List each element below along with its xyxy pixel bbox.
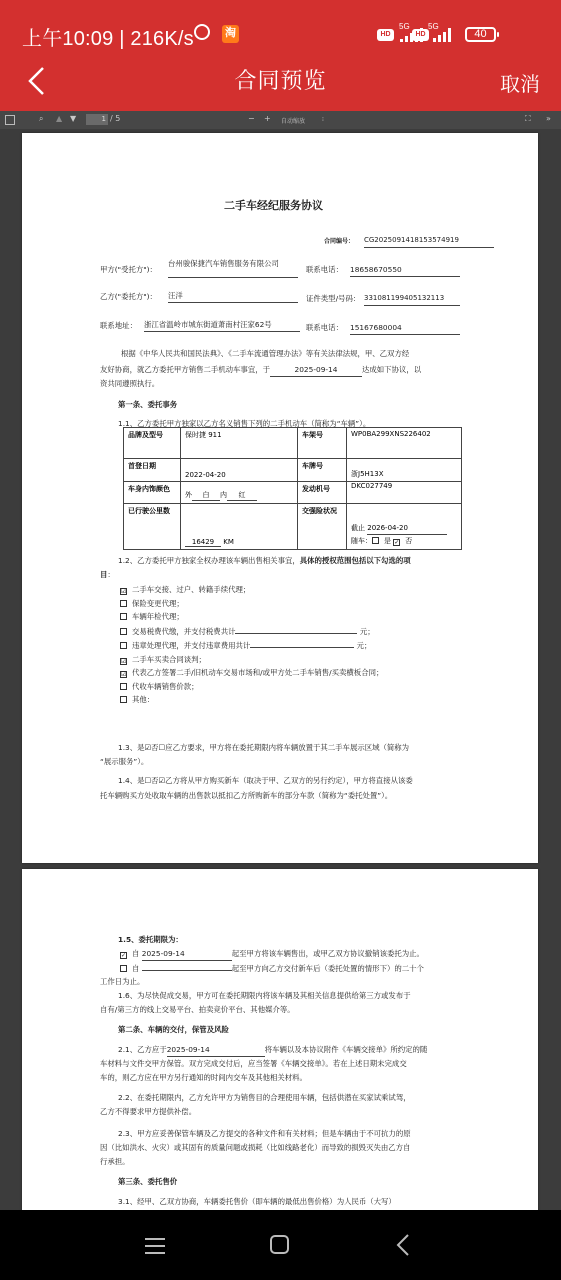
separator: | (119, 28, 124, 50)
with-car-yes-checkbox (372, 537, 379, 544)
engine-value: DKC027749 (347, 482, 462, 504)
from-label-2: 自 (132, 964, 139, 973)
clause-1-3-cont: “展示服务”）。 (100, 755, 148, 768)
term-option-2-checkbox (120, 965, 127, 972)
mileage-value: 16429 KM (181, 504, 298, 550)
term-option-2-text: 起至甲方向乙方交付新车后（委托处置的情形下）的二十个 (232, 964, 424, 973)
vin-label: 车架号 (298, 428, 347, 459)
page-number-input[interactable]: 1 (86, 114, 108, 125)
party-a-phone-label: 联系电话： (306, 263, 343, 276)
scope-item: 保险变更代理； (120, 597, 383, 611)
clause-2-1-text-end: 将车辆以及本协议附件《车辆交接单》所约定的随 (265, 1045, 428, 1054)
violation-amount-blank (250, 638, 354, 648)
engine-label: 发动机号 (298, 482, 347, 504)
scope-label: 保险变更代理； (132, 599, 184, 608)
scope-checkbox: ☑ (120, 658, 127, 665)
battery-icon: 40 (465, 27, 496, 42)
clause-1-5-title: 1.5、委托期限为： (118, 933, 183, 946)
insurance-value: 截止 2026-04-20 随车：是 ✓否 (347, 504, 462, 550)
pdf-page-1: 二手车经纪服务协议 合同编号： CG2025091418153574919 甲方… (22, 133, 538, 863)
scope-list: ☑二手车交接、过户、转籍手续代理； 保险变更代理； 车辆年检代理； 交易税费代缴… (120, 583, 383, 707)
clause-3-1: 3.1、经甲、乙双方协商，车辆委托售价（即车辆的最低出售价格）为人民币（大写） (118, 1195, 396, 1208)
scope-checkbox (120, 642, 127, 649)
scope-item: ☑二手车买卖合同谈判； (120, 653, 383, 667)
doc-title: 二手车经纪服务协议 (224, 199, 323, 212)
insurance-until: 2026-04-20 (367, 522, 447, 535)
intro-line-3: 资共同遵照执行。 (100, 377, 159, 390)
scope-label: 二手车买卖合同谈判； (132, 655, 206, 664)
mileage: 16429 (185, 538, 221, 547)
term-start-date: 2025-09-14 (142, 947, 232, 961)
reg-date-value: 2022-04-20 (181, 459, 298, 482)
party-b-id-label: 证件类型/号码： (306, 292, 360, 305)
vin-value: WP0BA299XNS226402 (347, 428, 462, 459)
alarm-icon (194, 24, 210, 40)
scope-item: ☑二手车交接、过户、转籍手续代理； (120, 583, 383, 597)
article-1-title: 第一条、委托事务 (118, 398, 177, 411)
term-option-2-cont: 工作日为止。 (100, 975, 144, 988)
scope-checkbox (120, 628, 127, 635)
cancel-button[interactable]: 取消 (500, 68, 540, 97)
with-car-no-checkbox: ✓ (393, 539, 400, 546)
scope-item: ☑代表乙方签署二手/旧机动车交易市场和/或甲方处二手车销售/买卖横板合同； (120, 666, 383, 680)
plate-label: 车牌号 (298, 459, 347, 482)
page-total: / 5 (110, 114, 120, 123)
net-speed: 216K/s (130, 28, 193, 50)
party-b-name: 汪洋 (168, 289, 298, 303)
clause-2-2: 2.2、在委托期限内，乙方允许甲方为销售目的合理使用车辆，包括供潜在买家试乘试驾… (118, 1091, 411, 1104)
brand-label: 品牌及型号 (124, 428, 181, 459)
until-label: 截止 (351, 524, 365, 532)
clause-2-3-line-2: 因（比如洪水、火灾）或其固有的质量问题或损耗（比如线路老化）而导致的损毁灭失由乙… (100, 1141, 410, 1154)
zoom-out-button[interactable]: − (248, 114, 255, 123)
int-color: 红 (227, 490, 257, 501)
status-time: 上午10:09 | 216K/s (22, 22, 194, 51)
contract-no-label: 合同编号： (324, 235, 354, 248)
tax-amount-blank (235, 624, 357, 634)
clause-2-2-cont: 乙方不得要求甲方提供补偿。 (100, 1105, 196, 1118)
vehicle-info-table: 品牌及型号 保时捷 911 车架号 WP0BA299XNS226402 首登日期… (123, 427, 462, 550)
intro-line-2: 友好协商，就乙方委托甲方销售二手机动车事宜，于2025-09-14达成如下协议，… (100, 363, 421, 377)
ext-prefix: 外 (185, 491, 192, 499)
contract-no: CG2025091418153574919 (364, 234, 494, 248)
scope-label: 代表乙方签署二手/旧机动车交易市场和/或甲方处二手车销售/买卖横板合同； (132, 668, 383, 677)
scope-checkbox (120, 600, 127, 607)
delivery-date: 2025-09-14 (167, 1043, 265, 1057)
yes-label: 是 (384, 537, 391, 545)
page-title: 合同预览 (0, 64, 561, 95)
clause-1-6-cont: 自有/第三方的线上交易平台、拍卖竞价平台、其他媒介等。 (100, 1003, 295, 1016)
scope-checkbox: ☑ (120, 588, 127, 595)
zoom-in-button[interactable]: + (264, 114, 271, 123)
app-header: 上午10:09 | 216K/s 淘 HD 5G HD 5G 40 合同预览 取… (0, 0, 561, 111)
clause-2-1-line-2: 车材料与文件交甲方保管。双方完成交付后，应当签署《车辆交接单》。若在上述日期未完… (100, 1057, 407, 1070)
term-option-1: ✓自 2025-09-14起至甲方将该车辆售出，或甲乙双方协议撤销该委托为止。 (120, 947, 424, 961)
taobao-app-icon: 淘 (222, 25, 239, 43)
search-icon[interactable]: ⌕ (39, 114, 43, 124)
scope-label: 其他： (132, 695, 154, 704)
clock: 上午10:09 (22, 28, 113, 50)
clause-1-4: 1.4、是☐否☑乙方将从甲方购买新车（取决于甲、乙双方的另行约定），甲方将直接从… (118, 774, 413, 787)
term-option-2: 自 起至甲方向乙方交付新车后（委托处置的情形下）的二十个 (120, 961, 424, 975)
hd-icon-2: HD (412, 29, 429, 41)
intro-text-end: 达成如下协议，以 (362, 365, 421, 374)
article-3-title: 第三条、委托售价 (118, 1175, 177, 1188)
insurance-label: 交强险状况 (298, 504, 347, 550)
clause-2-1-text: 2.1、乙方应于 (118, 1045, 167, 1054)
signal-icon-2 (433, 28, 451, 42)
scope-checkbox (120, 613, 127, 620)
intro-text: 友好协商，就乙方委托甲方销售二手机动车事宜，于 (100, 365, 270, 374)
party-b-id: 331081199405132113 (364, 292, 460, 306)
system-nav-bar (0, 1210, 561, 1280)
scope-label: 交易税费代缴，并支付税费共计 (132, 627, 235, 636)
clause-1-3: 1.3、是☑否☐应乙方要求，甲方将在委托期限内将车辆放置于其二手车展示区域（简称… (118, 741, 409, 754)
scope-label: 代收车辆销售价款； (132, 682, 199, 691)
clause-2-3: 2.3、甲方应妥善保管车辆及乙方提交的各种文件和有关材料；但是车辆由于不可抗力的… (118, 1127, 411, 1140)
sidebar-toggle-icon[interactable] (5, 115, 15, 125)
zoom-select[interactable]: 自动缩放 (281, 116, 305, 125)
brand-value: 保时捷 911 (181, 428, 298, 459)
pdf-viewer[interactable]: 二手车经纪服务协议 合同编号： CG2025091418153574919 甲方… (0, 129, 561, 1210)
party-a-phone: 18658670550 (350, 263, 460, 277)
scope-checkbox (120, 696, 127, 703)
party-b-phone: 15167680004 (350, 321, 460, 335)
more-tools-button[interactable]: » (546, 114, 551, 123)
clause-1-6: 1.6、为尽快促成交易，甲方可在委托期限内将该车辆及其相关信息提供给第三方或发布… (118, 989, 411, 1002)
with-car-label: 随车： (351, 537, 372, 545)
pdf-toolbar: ⌕ ▲ ▼ 1 / 5 − + 自动缩放 ⁝ ⛶ » (0, 111, 561, 130)
scope-item: 交易税费代缴，并支付税费共计 元； (120, 624, 383, 639)
party-a-name: 台州骏保捷汽车销售服务有限公司 (168, 259, 298, 278)
mileage-label: 已行驶公里数 (124, 504, 181, 550)
hd-icon: HD (377, 29, 394, 41)
clause-2-3-line-3: 行承担。 (100, 1155, 130, 1168)
mileage-unit: KM (223, 538, 234, 546)
battery-tip (497, 32, 499, 37)
reg-date-label: 首登日期 (124, 459, 181, 482)
address-label: 联系地址： (100, 319, 137, 332)
scope-checkbox (120, 683, 127, 690)
plate-value: 浙J5H13X (347, 459, 462, 482)
clause-1-2: 1.2、乙方委托甲方独家全权办理该车辆出售相关事宜，具体的授权范围包括以下勾选的… (118, 554, 411, 567)
intro-line-1: 根据《中华人民共和国民法典》、《二手车流通管理办法》等有关法律法规，甲、乙双方经 (121, 347, 409, 360)
party-a-label: 甲方("受托方")： (100, 263, 157, 276)
scope-item: 违章处理代理，并支付违章费用共计 元； (120, 638, 383, 653)
term-start-date-blank (142, 961, 232, 971)
agreement-date: 2025-09-14 (270, 363, 362, 377)
scope-suffix: 元； (360, 627, 375, 636)
clause-1-2-text: 1.2、乙方委托甲方独家全权办理该车辆出售相关事宜， (118, 556, 300, 565)
clause-2-1-line-3: 车的，则乙方应在甲方另行通知的时间内交车及其他相关材料。 (100, 1071, 307, 1084)
next-page-icon[interactable]: ▼ (70, 114, 76, 123)
clause-1-2-bold: 具体的授权范围包括以下勾选的项 (300, 556, 411, 565)
scope-label: 车辆年检代理； (132, 612, 184, 621)
scope-label: 违章处理代理，并支付违章费用共计 (132, 641, 250, 650)
zoom-select-arrow-icon[interactable]: ⁝ (322, 116, 324, 123)
clause-1-2-cont: 目： (100, 568, 115, 581)
menu-icon[interactable] (145, 1238, 165, 1254)
article-2-title: 第二条、车辆的交付，保管及风险 (118, 1023, 229, 1036)
ext-color: 白 (192, 490, 220, 501)
clause-1-4-cont: 托车辆购买方处收取车辆的出售款以抵扣乙方所购新车的部分车款（简称为“委托处置”）… (100, 789, 392, 802)
presentation-mode-icon[interactable]: ⛶ (525, 114, 531, 124)
party-b-label: 乙方("委托方")： (100, 290, 157, 303)
clause-2-1: 2.1、乙方应于2025-09-14将车辆以及本协议附件《车辆交接单》所约定的随 (118, 1043, 427, 1057)
home-icon[interactable] (270, 1235, 289, 1254)
color-value: 外白内红 (181, 482, 298, 504)
term-option-1-checkbox: ✓ (120, 952, 127, 959)
scope-item: 车辆年检代理； (120, 610, 383, 624)
term-option-1-text: 起至甲方将该车辆售出，或甲乙双方协议撤销该委托为止。 (232, 949, 424, 958)
scope-checkbox: ☑ (120, 671, 127, 678)
back-icon[interactable] (396, 1234, 410, 1260)
scope-item: 其他： (120, 693, 383, 707)
from-label: 自 (132, 949, 139, 958)
scope-label: 二手车交接、过户、转籍手续代理； (132, 585, 250, 594)
scope-suffix: 元； (357, 641, 372, 650)
pdf-page-2: 1.5、委托期限为： ✓自 2025-09-14起至甲方将该车辆售出，或甲乙双方… (22, 869, 538, 1210)
scope-item: 代收车辆销售价款； (120, 680, 383, 694)
int-prefix: 内 (220, 491, 227, 499)
address: 浙江省温岭市城东街道萧南村汪家62号 (144, 318, 300, 332)
party-b-phone-label: 联系电话： (306, 321, 343, 334)
no-label: 否 (405, 537, 412, 545)
prev-page-icon[interactable]: ▲ (56, 114, 62, 123)
color-label: 车身内饰颜色 (124, 482, 181, 504)
